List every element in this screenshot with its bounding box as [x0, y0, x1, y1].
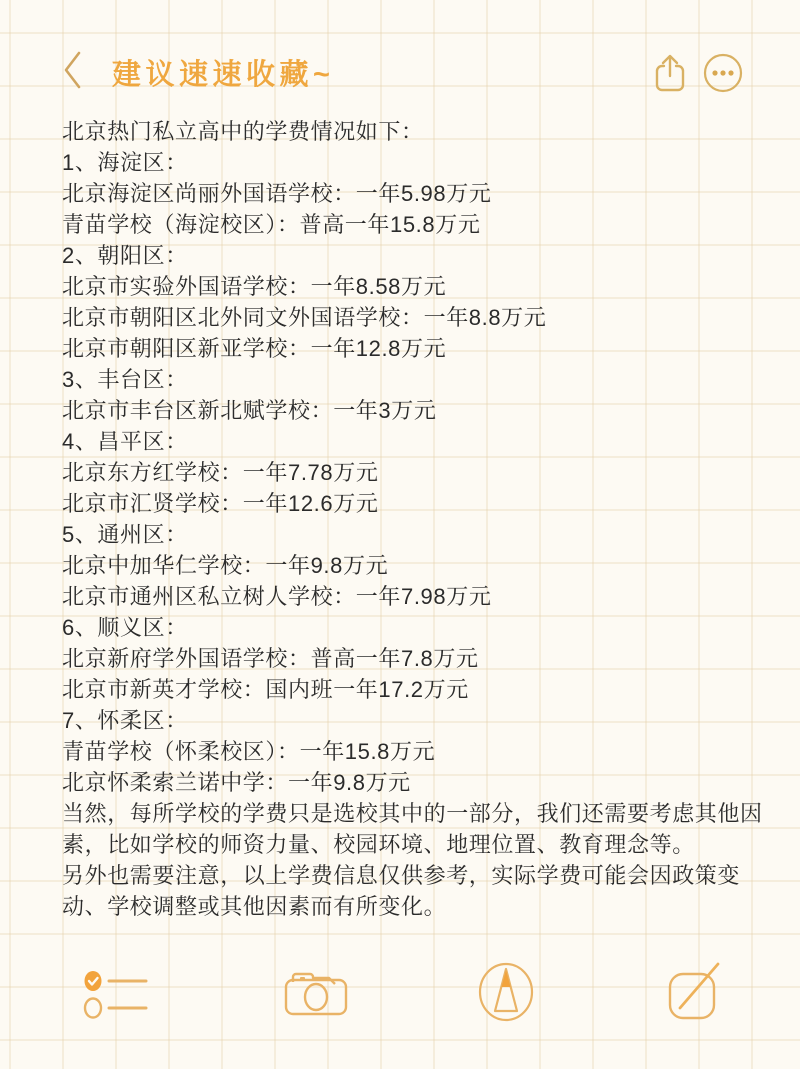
school-fee-line: 北京市朝阳区北外同文外国语学校：一年8.8万元	[62, 302, 768, 333]
school-fee-line: 北京市通州区私立树人学校：一年7.98万元	[62, 581, 768, 612]
school-fee-line: 北京新府学外国语学校：普高一年7.8万元	[62, 643, 768, 674]
section-heading: 6、顺义区：	[62, 612, 768, 643]
share-button[interactable]	[650, 52, 690, 96]
section-heading: 2、朝阳区：	[62, 240, 768, 271]
school-fee-line: 北京中加华仁学校：一年9.8万元	[62, 550, 768, 581]
compass-pen-button[interactable]	[476, 962, 536, 1022]
more-button[interactable]	[702, 52, 744, 94]
share-icon	[650, 52, 690, 96]
school-fee-line: 北京市汇贤学校：一年12.6万元	[62, 488, 768, 519]
compass-pen-icon	[476, 962, 536, 1022]
section-heading: 7、怀柔区：	[62, 705, 768, 736]
section-heading: 1、海淀区：	[62, 147, 768, 178]
chevron-left-icon	[60, 48, 86, 92]
checklist-icon	[82, 970, 152, 1020]
school-fee-line: 北京市新英才学校：国内班一年17.2万元	[62, 674, 768, 705]
school-fee-line: 北京怀柔索兰诺中学：一年9.8万元	[62, 767, 768, 798]
school-fee-line: 青苗学校（海淀校区）：普高一年15.8万元	[62, 209, 768, 240]
note-intro: 北京热门私立高中的学费情况如下：	[62, 116, 768, 147]
school-fee-line: 北京市丰台区新北赋学校：一年3万元	[62, 395, 768, 426]
school-fee-line: 北京东方红学校：一年7.78万元	[62, 457, 768, 488]
school-fee-line: 北京市实验外国语学校：一年8.58万元	[62, 271, 768, 302]
note-page: 建议速速收藏~ 北京热门私立高中的学费情况如下： 1、海淀区： 北京海淀区尚丽外…	[0, 0, 800, 1069]
back-button[interactable]	[60, 48, 86, 92]
note-body: 北京热门私立高中的学费情况如下： 1、海淀区： 北京海淀区尚丽外国语学校：一年5…	[62, 116, 768, 922]
school-fee-line: 青苗学校（怀柔校区）：一年15.8万元	[62, 736, 768, 767]
compose-icon	[666, 958, 722, 1020]
section-heading: 3、丰台区：	[62, 364, 768, 395]
camera-icon	[283, 970, 349, 1016]
ellipsis-icon	[702, 52, 744, 94]
note-paragraph: 当然，每所学校的学费只是选校其中的一部分，我们还需要考虑其他因素，比如学校的师资…	[62, 798, 768, 860]
compose-button[interactable]	[666, 958, 722, 1020]
note-paragraph: 另外也需要注意，以上学费信息仅供参考，实际学费可能会因政策变动、学校调整或其他因…	[62, 860, 768, 922]
camera-button[interactable]	[283, 970, 349, 1016]
school-fee-line: 北京海淀区尚丽外国语学校：一年5.98万元	[62, 178, 768, 209]
school-fee-line: 北京市朝阳区新亚学校：一年12.8万元	[62, 333, 768, 364]
section-heading: 4、昌平区：	[62, 426, 768, 457]
page-title: 建议速速收藏~	[112, 52, 334, 93]
checklist-button[interactable]	[82, 970, 152, 1020]
section-heading: 5、通州区：	[62, 519, 768, 550]
